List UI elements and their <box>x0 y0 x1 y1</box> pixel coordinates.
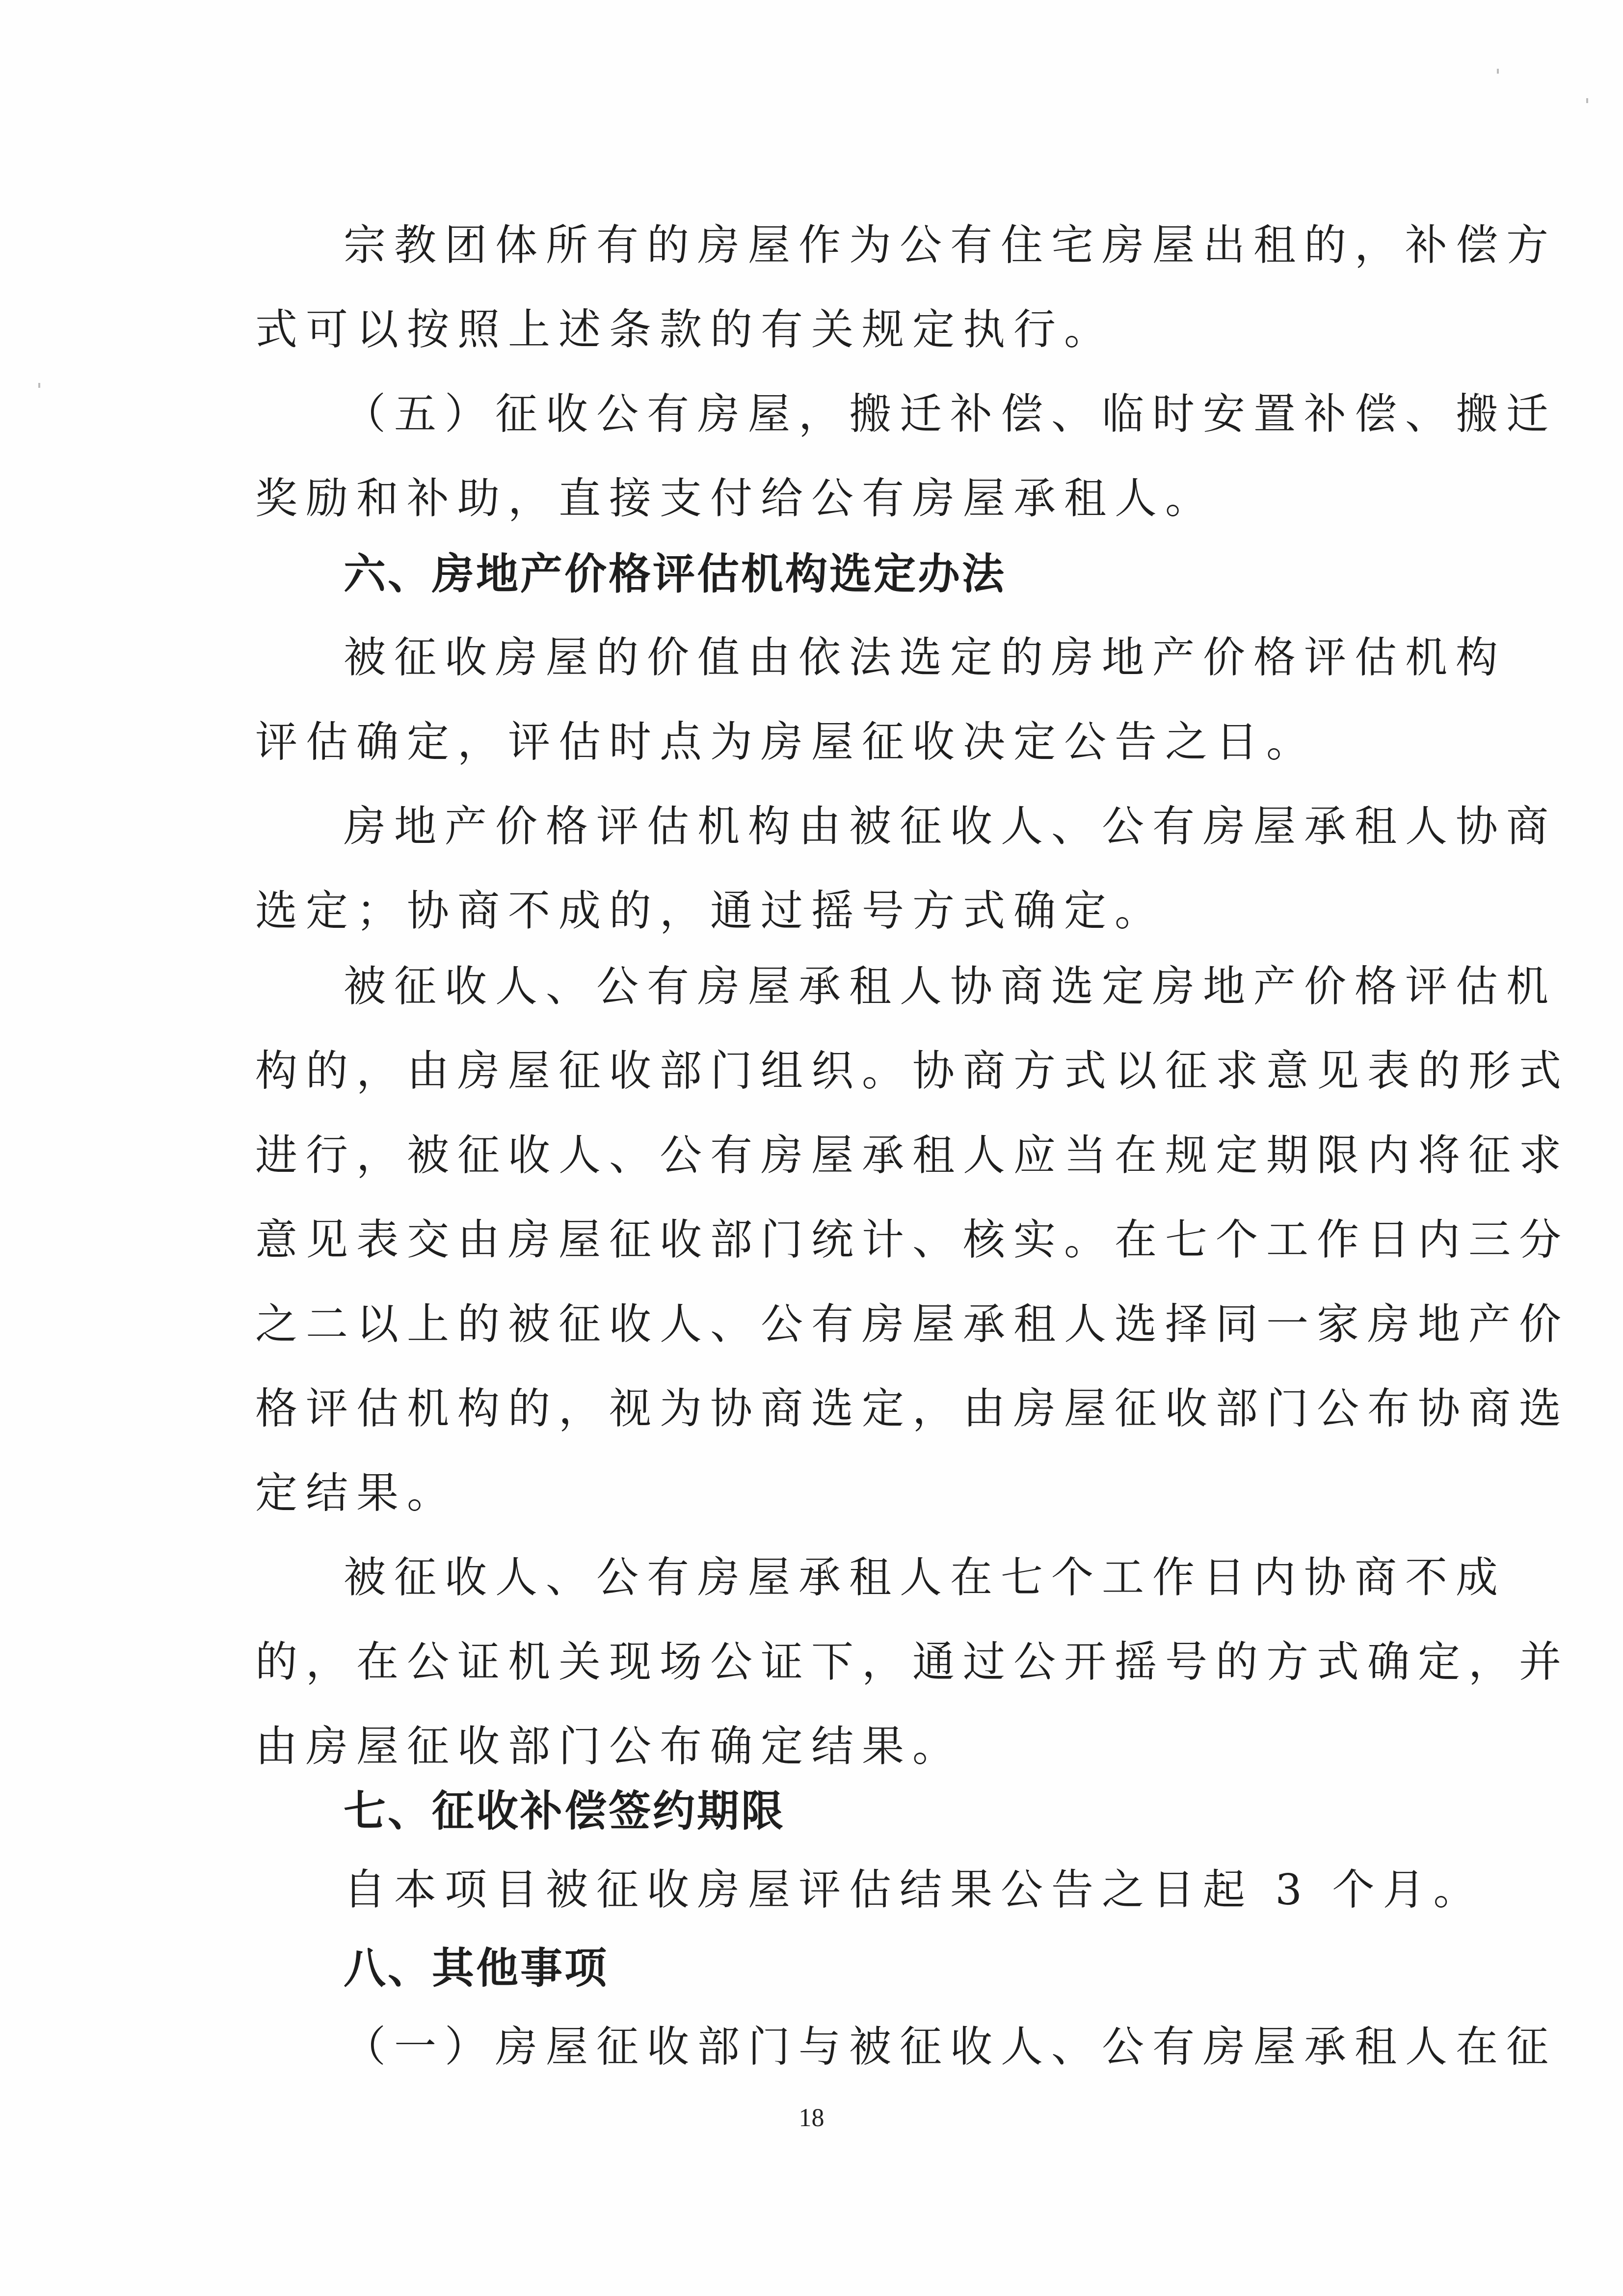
section-heading-6: 六、房地产价格评估机构选定办法 <box>344 550 1472 599</box>
paragraph-line: 定结果。 <box>255 1469 1384 1518</box>
paragraph-line: 构的，由房屋征收部门组织。协商方式以征求意见表的形式 <box>255 1047 1384 1096</box>
paragraph-line: 自本项目被征收房屋评估结果公告之日起 3 个月。 <box>344 1865 1472 1915</box>
paragraph-line: 被征收人、公有房屋承租人协商选定房地产价格评估机 <box>344 962 1472 1011</box>
section-heading-8: 八、其他事项 <box>344 1944 1472 1993</box>
paragraph-line: 房地产价格评估机构由被征收人、公有房屋承租人协商 <box>344 802 1472 851</box>
scan-speck <box>1586 98 1588 103</box>
paragraph-line: 之二以上的被征收人、公有房屋承租人选择同一家房地产价 <box>255 1300 1384 1349</box>
paragraph-line: 式可以按照上述条款的有关规定执行。 <box>255 305 1384 354</box>
paragraph-line: 宗教团体所有的房屋作为公有住宅房屋出租的，补偿方 <box>344 221 1472 270</box>
section-heading-7: 七、征收补偿签约期限 <box>344 1787 1472 1836</box>
scan-speck <box>38 383 40 388</box>
paragraph-line: 选定；协商不成的，通过摇号方式确定。 <box>255 887 1384 936</box>
paragraph-line: 格评估机构的，视为协商选定，由房屋征收部门公布协商选 <box>255 1384 1384 1433</box>
paragraph-line: （五）征收公有房屋，搬迁补偿、临时安置补偿、搬迁 <box>344 390 1472 439</box>
paragraph-line: 被征收房屋的价值由依法选定的房地产价格评估机构 <box>344 633 1472 682</box>
paragraph-line: 意见表交由房屋征收部门统计、核实。在七个工作日内三分 <box>255 1216 1384 1265</box>
scan-speck <box>1497 69 1499 74</box>
document-page: 宗教团体所有的房屋作为公有住宅房屋出租的，补偿方 式可以按照上述条款的有关规定执… <box>0 0 1623 2296</box>
paragraph-line: 由房屋征收部门公布确定结果。 <box>255 1722 1384 1771</box>
paragraph-line: 被征收人、公有房屋承租人在七个工作日内协商不成 <box>344 1553 1472 1602</box>
paragraph-line: 的，在公证机关现场公证下，通过公开摇号的方式确定，并 <box>255 1638 1384 1687</box>
paragraph-line: 进行，被征收人、公有房屋承租人应当在规定期限内将征求 <box>255 1131 1384 1180</box>
paragraph-line: 奖励和补助，直接支付给公有房屋承租人。 <box>255 474 1384 523</box>
paragraph-line: （一）房屋征收部门与被征收人、公有房屋承租人在征 <box>344 2023 1472 2072</box>
paragraph-line: 评估确定，评估时点为房屋征收决定公告之日。 <box>255 718 1384 767</box>
page-number: 18 <box>0 2104 1623 2133</box>
